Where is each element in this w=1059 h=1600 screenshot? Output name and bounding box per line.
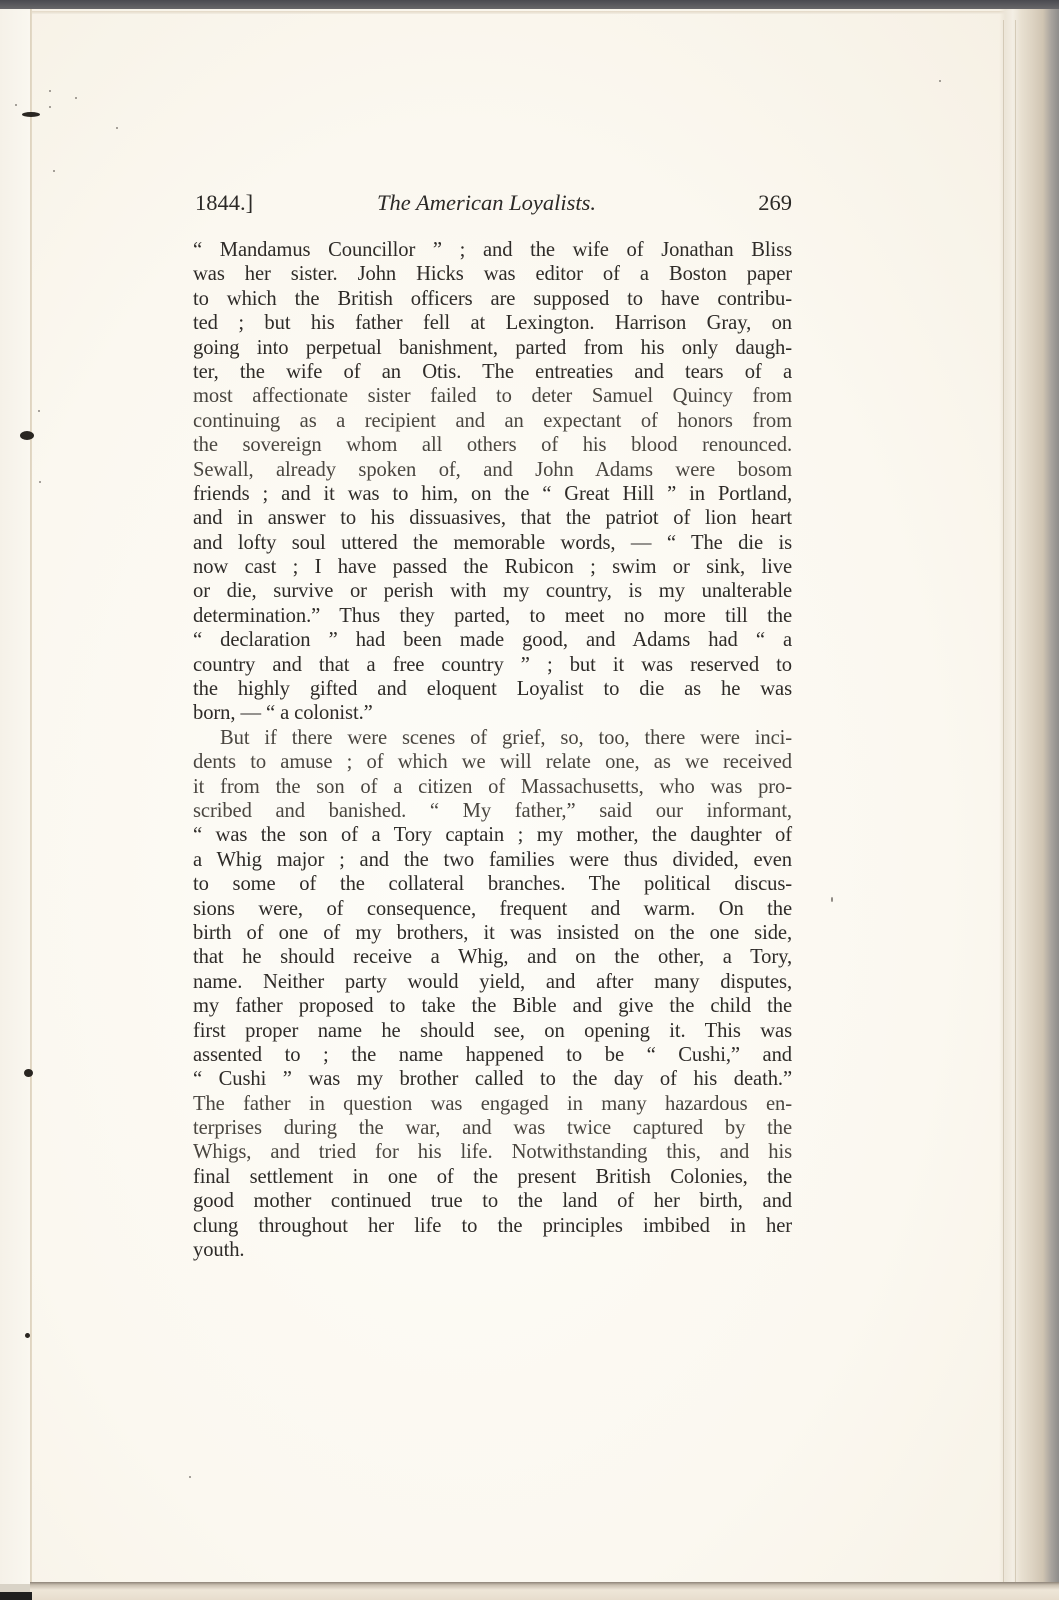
text-line: the highly gifted and eloquent Loyalist … [193, 677, 792, 701]
text-line: friends ; and it was to him, on the “ Gr… [193, 482, 792, 506]
text-line: to some of the collateral branches. The … [193, 872, 792, 896]
text-line: “ was the son of a Tory captain ; my mot… [193, 823, 792, 847]
paper-speck [831, 897, 833, 902]
paper-speck [116, 127, 118, 129]
text-line: country and that a free country ” ; but … [193, 653, 792, 677]
text-line: good mother continued true to the land o… [193, 1189, 792, 1213]
running-header: 1844.] The American Loyalists. 269 [195, 190, 792, 220]
text-line: “ declaration ” had been made good, and … [193, 628, 792, 652]
header-year: 1844.] [195, 190, 253, 216]
text-line: ted ; but his father fell at Lexington. … [193, 311, 792, 335]
page-right-deckled-edge [999, 9, 1059, 1599]
text-line: sions were, of consequence, frequent and… [193, 897, 792, 921]
text-line: birth of one of my brothers, it was insi… [193, 921, 792, 945]
text-line: “ Cushi ” was my brother called to the d… [193, 1067, 792, 1091]
paper-speck [38, 410, 40, 412]
page-right-edge-line [1015, 20, 1016, 1590]
binding-stitch-mark [25, 1333, 30, 1338]
text-line: first proper name he should see, on open… [193, 1019, 792, 1043]
binding-stitch-mark [22, 112, 40, 117]
header-title: The American Loyalists. [377, 190, 596, 216]
binding-gutter [0, 9, 30, 1584]
text-line: final settlement in one of the present B… [193, 1165, 792, 1189]
binding-stitch-mark [24, 1069, 33, 1077]
text-line: now cast ; I have passed the Rubicon ; s… [193, 555, 792, 579]
paper-speck [49, 106, 51, 108]
text-line: Sewall, already spoken of, and John Adam… [193, 458, 792, 482]
scanner-bottom-corner [0, 1592, 32, 1600]
text-line: terprises during the war, and was twice … [193, 1116, 792, 1140]
text-line: dents to amuse ; of which we will relate… [193, 750, 792, 774]
text-line: clung throughout her life to the princip… [193, 1214, 792, 1238]
text-line: determination.” Thus they parted, to mee… [193, 604, 792, 628]
text-line: it from the son of a citizen of Massachu… [193, 775, 792, 799]
text-line: most affectionate sister failed to deter… [193, 384, 792, 408]
page-number: 269 [758, 190, 792, 216]
text-line: that he should receive a Whig, and on th… [193, 945, 792, 969]
text-line: ter, the wife of an Otis. The entreaties… [193, 360, 792, 384]
text-line: born, — “ a colonist.” [193, 701, 792, 725]
text-line: But if there were scenes of grief, so, t… [193, 726, 792, 750]
paragraph: But if there were scenes of grief, so, t… [193, 726, 792, 1263]
text-line: to which the British officers are suppos… [193, 287, 792, 311]
text-line: or die, survive or perish with my countr… [193, 579, 792, 603]
text-line: was her sister. John Hicks was editor of… [193, 262, 792, 286]
page-top-edge [32, 11, 1022, 14]
binding-gutter-line [30, 9, 32, 1584]
text-line: a Whig major ; and the two families were… [193, 848, 792, 872]
text-line: The father in question was engaged in ma… [193, 1092, 792, 1116]
paper-speck [75, 97, 77, 99]
paper-speck [939, 80, 941, 82]
page-bottom-edge [30, 1582, 1059, 1600]
paper-speck [189, 1476, 191, 1478]
text-line: youth. [193, 1238, 792, 1262]
body-text: “ Mandamus Councillor ” ; and the wife o… [193, 238, 792, 1262]
binding-stitch-mark [20, 431, 34, 440]
text-line: and in answer to his dissuasives, that t… [193, 506, 792, 530]
paper-speck [15, 104, 17, 106]
text-line: name. Neither party would yield, and aft… [193, 970, 792, 994]
text-line: going into perpetual banishment, parted … [193, 336, 792, 360]
paper-speck [53, 170, 55, 172]
text-line: continuing as a recipient and an expecta… [193, 409, 792, 433]
page-right-edge-line [1003, 20, 1004, 1590]
paragraph: “ Mandamus Councillor ” ; and the wife o… [193, 238, 792, 726]
paper-speck [39, 481, 41, 483]
text-line: Whigs, and tried for his life. Notwithst… [193, 1140, 792, 1164]
text-line: scribed and banished. “ My father,” said… [193, 799, 792, 823]
text-line: the sovereign whom all others of his blo… [193, 433, 792, 457]
text-line: “ Mandamus Councillor ” ; and the wife o… [193, 238, 792, 262]
text-line: and lofty soul uttered the memorable wor… [193, 531, 792, 555]
text-line: my father proposed to take the Bible and… [193, 994, 792, 1018]
paper-speck [49, 90, 51, 92]
text-line: assented to ; the name happened to be “ … [193, 1043, 792, 1067]
